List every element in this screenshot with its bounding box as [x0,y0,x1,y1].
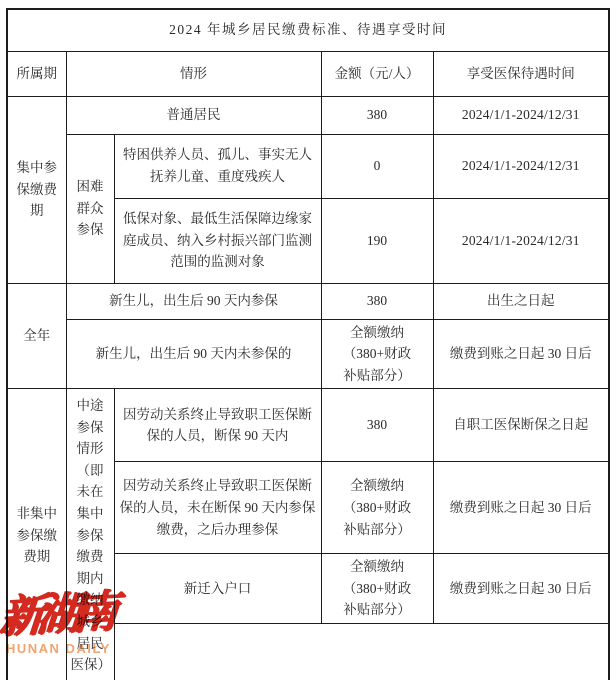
amount-employee-break-after-90: 全额缴纳 （380+财政 补贴部分） [321,462,433,554]
header-amount: 金额（元/人） [321,51,433,96]
period-concentrated: 集中参保缴费期 [7,96,66,283]
benefit-extreme-poverty: 2024/1/1-2024/12/31 [433,134,609,198]
period-non-concentrated: 非集中参保缴费期 [7,389,66,680]
cell-empty-bottom [114,624,609,680]
header-situation: 情形 [66,51,321,96]
fee-standard-table: 2024 年城乡居民缴费标准、待遇享受时间 所属期 情形 金额（元/人） 享受医… [6,8,610,680]
benefit-low-income: 2024/1/1-2024/12/31 [433,198,609,283]
situation-employee-break-after-90: 因劳动关系终止导致职工医保断保的人员，未在断保 90 天内参保缴费，之后办理参保 [114,462,321,554]
situation-employee-break-within-90: 因劳动关系终止导致职工医保断保的人员，断保 90 天内 [114,389,321,462]
situation-newborn-after-90: 新生儿，出生后 90 天内未参保的 [66,319,321,389]
header-benefit-time: 享受医保待遇时间 [433,51,609,96]
situation-new-household: 新迁入户口 [114,554,321,624]
amount-employee-break-within-90: 380 [321,389,433,462]
page: 2024 年城乡居民缴费标准、待遇享受时间 所属期 情形 金额（元/人） 享受医… [0,0,616,680]
benefit-new-household: 缴费到账之日起 30 日后 [433,554,609,624]
amount-extreme-poverty: 0 [321,134,433,198]
situation-low-income: 低保对象、最低生活保障边缘家庭成员、纳入乡村振兴部门监测范围的监测对象 [114,198,321,283]
situation-ordinary-residents: 普通居民 [66,96,321,134]
benefit-employee-break-within-90: 自职工医保断保之日起 [433,389,609,462]
amount-new-household: 全额缴纳 （380+财政 补贴部分） [321,554,433,624]
situation-extreme-poverty: 特困供养人员、孤儿、事实无人抚养儿童、重度残疾人 [114,134,321,198]
amount-low-income: 190 [321,198,433,283]
benefit-ordinary-residents: 2024/1/1-2024/12/31 [433,96,609,134]
table-title: 2024 年城乡居民缴费标准、待遇享受时间 [7,9,609,51]
amount-ordinary-residents: 380 [321,96,433,134]
subgroup-difficult-masses: 困难群众参保 [66,134,114,283]
benefit-employee-break-after-90: 缴费到账之日起 30 日后 [433,462,609,554]
amount-newborn-after-90: 全额缴纳 （380+财政 补贴部分） [321,319,433,389]
situation-newborn-within-90: 新生儿，出生后 90 天内参保 [66,283,321,319]
amount-newborn-within-90: 380 [321,283,433,319]
period-full-year: 全年 [7,283,66,389]
subgroup-midway-enrollment: 中途参保情形（即未在集中参保缴费期内缴纳城乡居民医保） [66,389,114,680]
header-period: 所属期 [7,51,66,96]
benefit-newborn-after-90: 缴费到账之日起 30 日后 [433,319,609,389]
benefit-newborn-within-90: 出生之日起 [433,283,609,319]
